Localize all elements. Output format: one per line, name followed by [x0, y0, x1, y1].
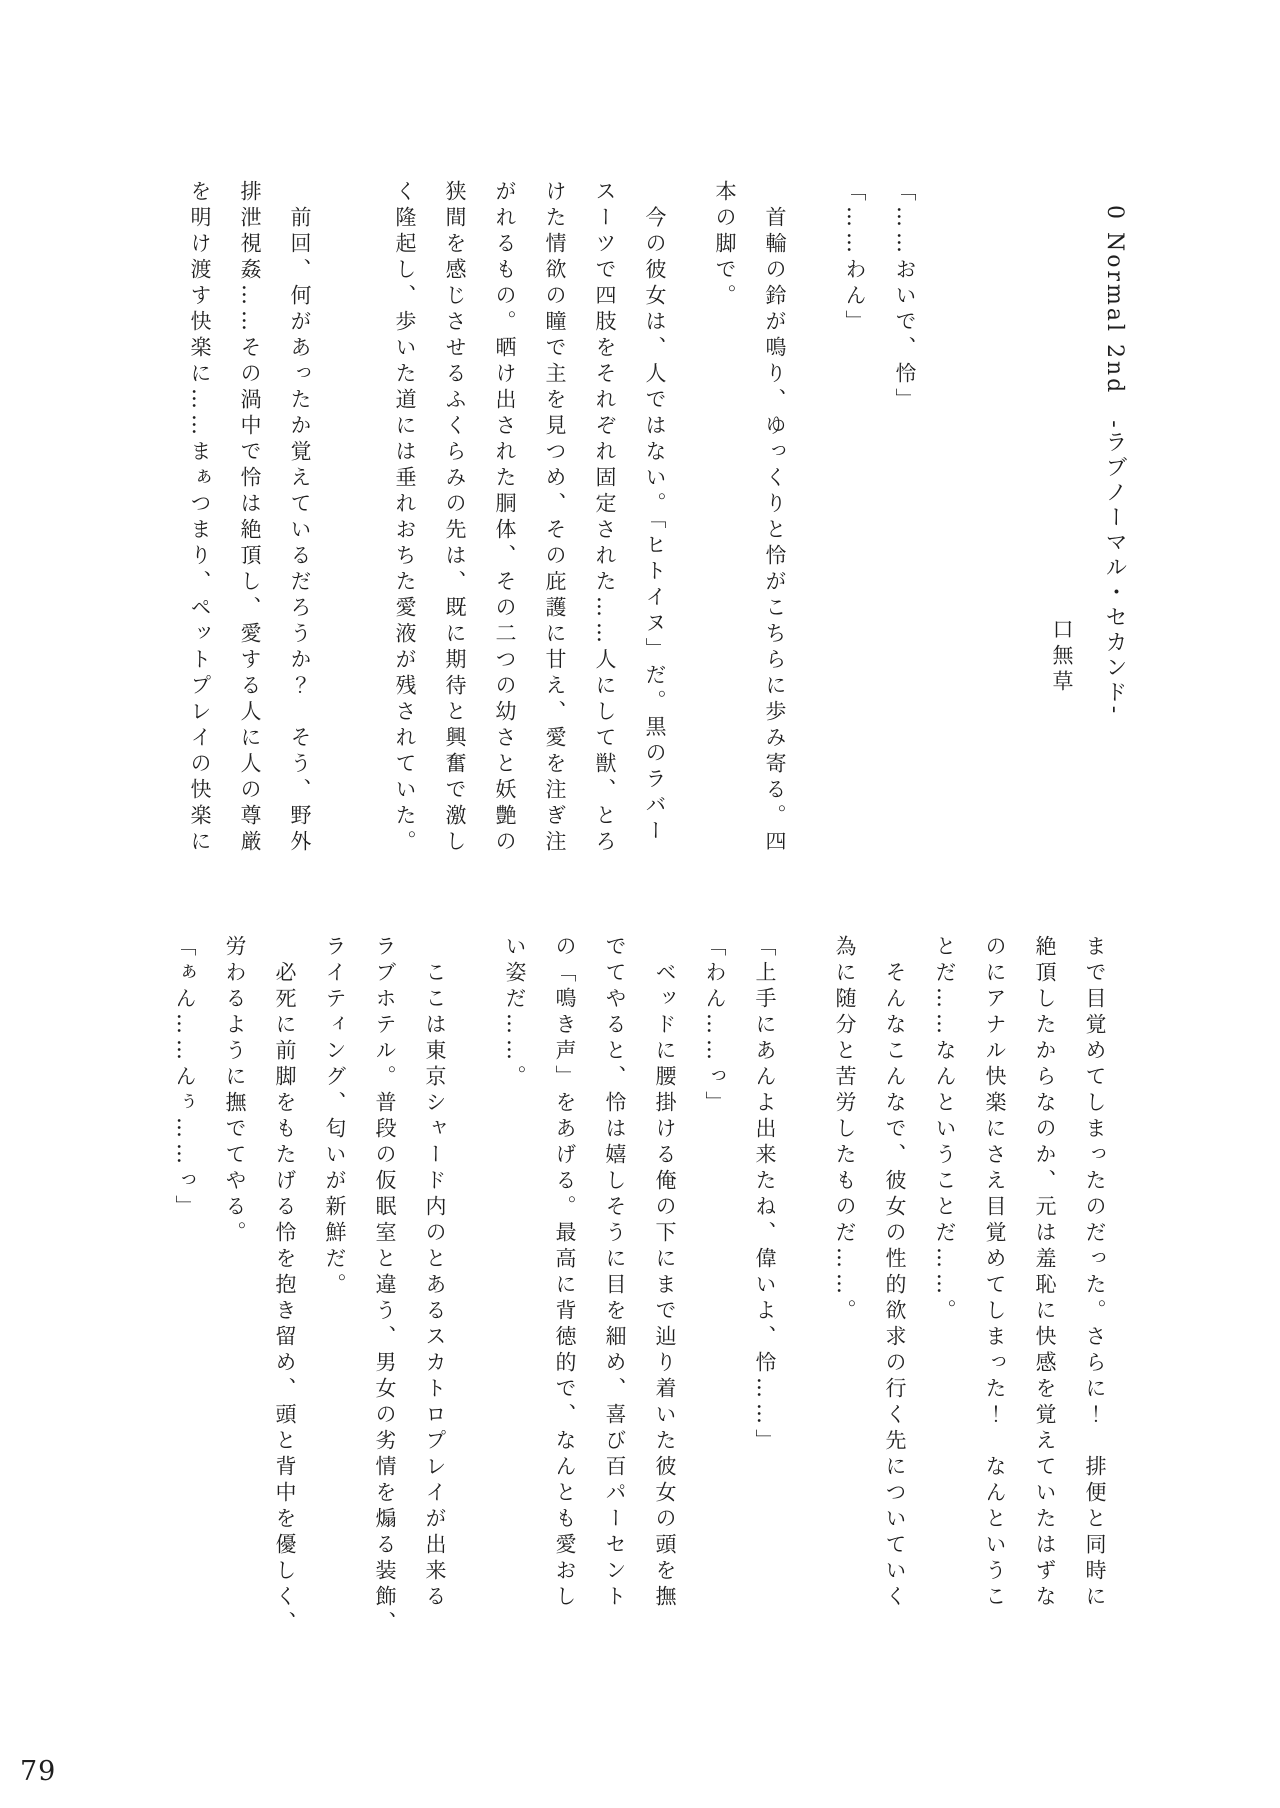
text-line: でてやると、怜は嬉しそうに目を細め、喜び百パーセント: [590, 935, 640, 1621]
text-line: 「わん……っ」: [690, 935, 740, 1621]
text-line: 為に随分と苦労したものだ……。: [820, 935, 870, 1621]
text-line: とだ……なんということだ……。: [920, 935, 970, 1621]
novel-page: 0 Normal 2nd -ラブノーマル・セカンド- 口無草 「……おいで、怜」…: [0, 0, 1280, 1808]
narration-paragraph: 今の彼女は、人ではない。「ヒトイヌ」だ。黒のラバースーツで四肢をそれぞれ固定され…: [380, 180, 680, 866]
author-name: 口無草: [1047, 618, 1077, 696]
text-line: 「上手にあんよ出来たね、偉いよ、怜……」: [740, 935, 790, 1621]
text-line: 絶頂したからなのか、元は羞恥に快感を覚えていたはずな: [1020, 935, 1070, 1621]
text-line: 労わるように撫でてやる。: [210, 935, 260, 1621]
text-line: ベッドに腰掛ける俺の下にまで辿り着いた彼女の頭を撫: [640, 935, 690, 1621]
text-line: 首輪の鈴が鳴り、ゆっくりと怜がこちらに歩み寄る。四: [750, 180, 800, 866]
top-text-section: 「……おいで、怜」「……わん」 首輪の鈴が鳴り、ゆっくりと怜がこちらに歩み寄る。…: [175, 180, 930, 866]
text-line: ここは東京シャード内のとあるスカトロプレイが出来る: [410, 935, 460, 1621]
text-line: 「……おいで、怜」: [880, 180, 930, 866]
text-line: のにアナル快楽にさえ目覚めてしまった！ なんというこ: [970, 935, 1020, 1621]
dialogue-paragraph: 「わん……っ」: [690, 935, 740, 1621]
text-line: 本の脚で。: [700, 180, 750, 866]
narration-paragraph: ここは東京シャード内のとあるスカトロプレイが出来るラブホテル。普段の仮眠室と違う…: [310, 935, 460, 1621]
narration-paragraph: 首輪の鈴が鳴り、ゆっくりと怜がこちらに歩み寄る。四本の脚で。: [700, 180, 800, 866]
text-line: 前回、何があったか覚えているだろうか？ そう、野外: [275, 180, 325, 866]
text-line: 「ぁん……んぅ……っ」: [160, 935, 210, 1621]
text-line: まで目覚めてしまったのだった。さらに！ 排便と同時に: [1070, 935, 1120, 1621]
narration-paragraph: 必死に前脚をもたげる怜を抱き留め、頭と背中を優しく、労わるように撫でてやる。: [210, 935, 310, 1621]
chapter-title: 0 Normal 2nd -ラブノーマル・セカンド-: [1099, 205, 1130, 716]
text-line: そんなこんなで、彼女の性的欲求の行く先についていく: [870, 935, 920, 1621]
bottom-text-section: まで目覚めてしまったのだった。さらに！ 排便と同時に絶頂したからなのか、元は羞恥…: [160, 935, 1120, 1621]
narration-paragraph: そんなこんなで、彼女の性的欲求の行く先についていく為に随分と苦労したものだ……。: [820, 935, 920, 1621]
text-line: の「鳴き声」をあげる。最高に背徳的で、なんとも愛おし: [540, 935, 590, 1621]
text-line: 「……わん」: [830, 180, 880, 866]
dialogue-paragraph: 「……おいで、怜」: [880, 180, 930, 866]
dialogue-paragraph: 「上手にあんよ出来たね、偉いよ、怜……」: [740, 935, 790, 1621]
text-line: 狭間を感じさせるふくらみの先は、既に期待と興奮で激し: [430, 180, 480, 866]
text-line: がれるもの。晒け出された胴体、その二つの幼さと妖艶の: [480, 180, 530, 866]
text-line: ライティング、匂いが新鮮だ。: [310, 935, 360, 1621]
narration-paragraph: ベッドに腰掛ける俺の下にまで辿り着いた彼女の頭を撫でてやると、怜は嬉しそうに目を…: [490, 935, 690, 1621]
text-line: 今の彼女は、人ではない。「ヒトイヌ」だ。黒のラバー: [630, 180, 680, 866]
page-number: 79: [20, 1756, 56, 1787]
text-line: 必死に前脚をもたげる怜を抱き留め、頭と背中を優しく、: [260, 935, 310, 1621]
narration-paragraph: 前回、何があったか覚えているだろうか？ そう、野外排泄視姦……その渦中で怜は絶頂…: [175, 180, 325, 866]
narration-paragraph: まで目覚めてしまったのだった。さらに！ 排便と同時に絶頂したからなのか、元は羞恥…: [920, 935, 1120, 1621]
text-line: 排泄視姦……その渦中で怜は絶頂し、愛する人に人の尊厳: [225, 180, 275, 866]
text-line: ラブホテル。普段の仮眠室と違う、男女の劣情を煽る装飾、: [360, 935, 410, 1621]
dialogue-paragraph: 「……わん」: [830, 180, 880, 866]
text-line: く隆起し、歩いた道には垂れおちた愛液が残されていた。: [380, 180, 430, 866]
dialogue-paragraph: 「ぁん……んぅ……っ」: [160, 935, 210, 1621]
text-line: けた情欲の瞳で主を見つめ、その庇護に甘え、愛を注ぎ注: [530, 180, 580, 866]
text-line: を明け渡す快楽に……まぁつまり、ペットプレイの快楽に: [175, 180, 225, 866]
text-line: い姿だ……。: [490, 935, 540, 1621]
text-line: スーツで四肢をそれぞれ固定された……人にして獣、とろ: [580, 180, 630, 866]
